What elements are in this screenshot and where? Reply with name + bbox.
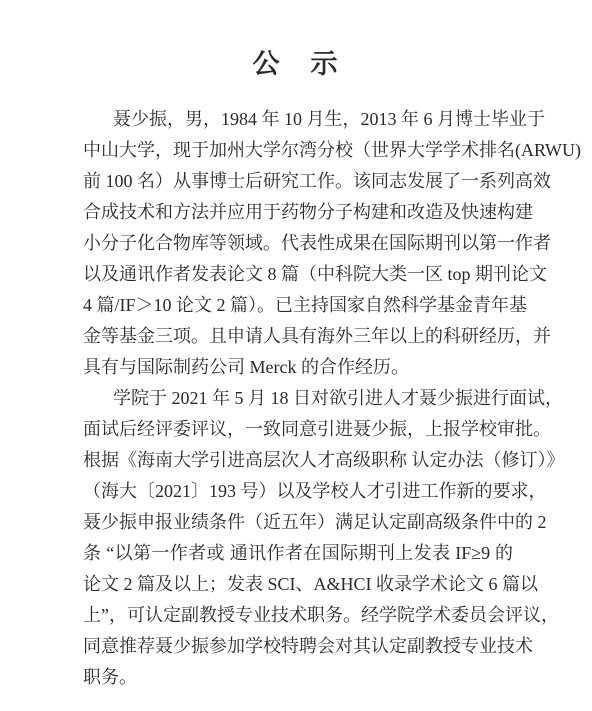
page-title: 公 示 xyxy=(0,42,592,81)
body-line: 学院于 2021 年 5 月 18 日对欲引进人才聂少振进行面试， xyxy=(83,383,513,414)
body-line: 中山大学，现于加州大学尔湾分校（世界大学学术排名(ARWU) xyxy=(83,135,513,166)
body-line: 聂少振申报业绩条件（近五年）满足认定副高级条件中的 2 xyxy=(83,507,513,538)
body-line: 论文 2 篇及以上；发表 SCI、A&HCI 收录学术论文 6 篇以 xyxy=(83,569,513,600)
body-line: 面试后经评委评议，一致同意引进聂少振，上报学校审批。 xyxy=(83,414,513,445)
body-line: 以及通讯作者发表论文 8 篇（中科院大类一区 top 期刊论文 xyxy=(83,259,513,290)
body-line: 4 篇/IF＞10 论文 2 篇）。已主持国家自然科学基金青年基 xyxy=(83,290,513,321)
body-line: 上”，可认定副教授专业技术职务。经学院学术委员会评议， xyxy=(83,600,513,631)
body-line: 合成技术和方法并应用于药物分子构建和改造及快速构建 xyxy=(83,197,513,228)
body-line: 小分子化合物库等领域。代表性成果在国际期刊以第一作者 xyxy=(83,228,513,259)
body-line: 聂少振，男，1984 年 10 月生，2013 年 6 月博士毕业于 xyxy=(83,104,513,135)
body-line: 金等基金三项。且申请人具有海外三年以上的科研经历，并 xyxy=(83,321,513,352)
body-line: 根据《海南大学引进高层次人才高级职称 认定办法（修订）》 xyxy=(83,445,513,476)
body-line: 同意推荐聂少振参加学校特聘会对其认定副教授专业技术 xyxy=(83,631,513,662)
document-page: 公 示 聂少振，男，1984 年 10 月生，2013 年 6 月博士毕业于中山… xyxy=(0,0,592,711)
body-line: 具有与国际制药公司 Merck 的合作经历。 xyxy=(83,352,513,383)
body-line: 职务。 xyxy=(83,662,513,693)
document-body: 聂少振，男，1984 年 10 月生，2013 年 6 月博士毕业于中山大学，现… xyxy=(83,104,513,693)
body-line: 条 “以第一作者或 通讯作者在国际期刊上发表 IF≥9 的 xyxy=(83,538,513,569)
body-line: （海大〔2021〕193 号）以及学校人才引进工作新的要求， xyxy=(83,476,513,507)
body-line: 前 100 名）从事博士后研究工作。该同志发展了一系列高效 xyxy=(83,166,513,197)
